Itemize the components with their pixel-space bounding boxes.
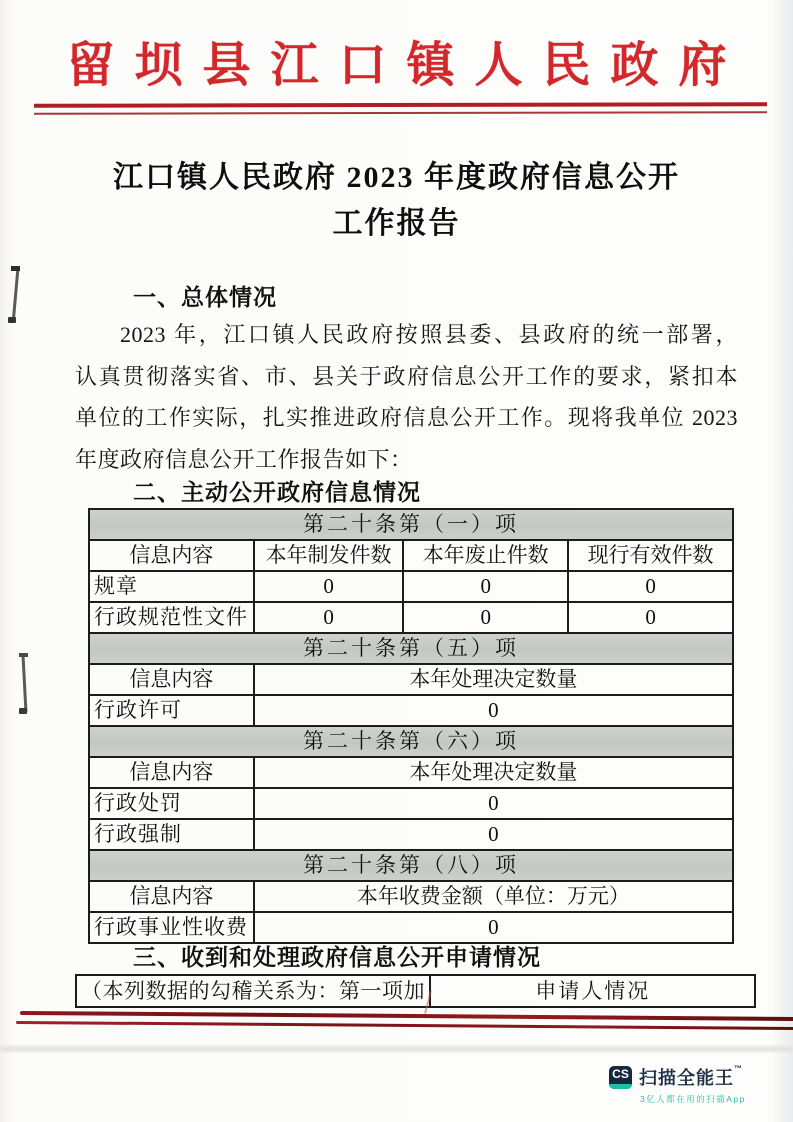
document-title: 江口镇人民政府 2023 年度政府信息公开 工作报告	[0, 155, 793, 247]
table-header-cell: 本年处理决定数量	[254, 757, 733, 788]
table-header-cell: 信息内容	[89, 881, 254, 912]
table-header-cell: 信息内容	[89, 540, 254, 571]
table-header-cell: 本年制发件数	[254, 540, 403, 571]
section2-heading: 二、主动公开政府信息情况	[75, 474, 755, 507]
letterhead-org-name: 留坝县江口镇人民政府	[0, 26, 793, 95]
table-row-label: 行政强制	[89, 819, 254, 850]
table-row: （本列数据的勾稽关系为：第一项加 申请人情况	[76, 975, 755, 1007]
table-cell-value: 0	[568, 571, 733, 602]
table-row: 行政处罚 0	[89, 788, 733, 819]
table-header-cell: 信息内容	[89, 664, 254, 695]
table-header-row: 信息内容 本年处理决定数量	[89, 664, 733, 695]
table-cell-value: 0	[568, 602, 733, 633]
table-row: 行政强制 0	[89, 819, 733, 850]
section1-paragraph: 2023 年，江口镇人民政府按照县委、县政府的统一部署， 认真贯彻落实省、市、县…	[75, 314, 738, 480]
table-cell-value: 0	[254, 819, 733, 850]
page-bottom-red-edge-line	[20, 1011, 793, 1021]
table-header-row: 信息内容 本年处理决定数量	[89, 757, 733, 788]
table-band-article20-item5: 第二十条第（五）项	[89, 633, 733, 664]
camscanner-watermark: CS 扫描全能王™ 3亿人都在用的扫描App	[609, 1064, 769, 1105]
table-cell-value: 0	[403, 571, 568, 602]
table-header-row: 信息内容 本年收费金额（单位：万元）	[89, 881, 733, 912]
camscanner-tagline: 3亿人都在用的扫描App	[640, 1093, 769, 1105]
document-title-line2: 工作报告	[0, 201, 793, 247]
table-row: 规章 0 0 0	[89, 571, 733, 602]
application-table-note: （本列数据的勾稽关系为：第一项加	[76, 975, 430, 1007]
table-cell-value: 0	[254, 788, 733, 819]
table-row: 行政许可 0	[89, 695, 733, 726]
staple-mark-top	[8, 317, 16, 323]
paragraph-line: 认真贯彻落实省、市、县关于政府信息公开工作的要求，紧扣本	[75, 356, 738, 398]
table-band-article20-item6: 第二十条第（六）项	[89, 726, 733, 757]
page-edge-shadow	[0, 1046, 793, 1052]
table-cell-value: 0	[403, 602, 568, 633]
section3-heading: 三、收到和处理政府信息公开申请情况	[75, 939, 755, 972]
table-cell-value: 0	[254, 571, 403, 602]
page-bottom-red-edge-line	[16, 1021, 793, 1030]
table-row-label: 行政处罚	[89, 788, 254, 819]
table-band-article20-item1: 第二十条第（一）项	[89, 509, 733, 540]
table-row-label: 行政规范性文件	[89, 602, 254, 633]
table-cell-value: 0	[254, 602, 403, 633]
trademark-symbol: ™	[734, 1064, 743, 1073]
table-header-row: 信息内容 本年制发件数 本年废止件数 现行有效件数	[89, 540, 733, 571]
camscanner-brand-name: 扫描全能王™	[639, 1064, 743, 1090]
paragraph-line: 单位的工作实际，扎实推进政府信息公开工作。现将我单位 2023	[75, 397, 738, 439]
staple-mark-bottom	[22, 656, 28, 712]
letterhead-rule-thick	[34, 102, 767, 108]
camscanner-logo-text: CS	[609, 1067, 632, 1081]
table-header-cell: 信息内容	[89, 757, 254, 788]
camscanner-logo-icon: CS	[609, 1066, 632, 1089]
table-row-label: 规章	[89, 571, 254, 602]
application-table-header: 申请人情况	[430, 975, 755, 1007]
letterhead-rule-thin	[34, 111, 767, 115]
table-header-cell: 本年收费金额（单位：万元）	[254, 881, 733, 912]
application-table-partial: （本列数据的勾稽关系为：第一项加 申请人情况	[75, 974, 756, 1008]
staple-mark-bottom	[19, 708, 27, 714]
table-header-cell: 本年处理决定数量	[254, 664, 733, 695]
staple-mark-top	[11, 266, 20, 271]
disclosure-statistics-table: 第二十条第（一）项 信息内容 本年制发件数 本年废止件数 现行有效件数 规章 0…	[88, 508, 734, 944]
section1-heading: 一、总体情况	[75, 279, 755, 312]
table-cell-value: 0	[254, 695, 733, 726]
table-header-cell: 现行有效件数	[568, 540, 733, 571]
staple-mark-bottom	[19, 653, 28, 657]
paragraph-line: 2023 年，江口镇人民政府按照县委、县政府的统一部署，	[75, 314, 738, 356]
document-title-line1: 江口镇人民政府 2023 年度政府信息公开	[0, 155, 793, 201]
scanned-document-page: 留坝县江口镇人民政府 江口镇人民政府 2023 年度政府信息公开 工作报告 一、…	[0, 0, 793, 1122]
staple-mark-top	[12, 270, 20, 322]
table-header-cell: 本年废止件数	[403, 540, 568, 571]
table-band-article20-item8: 第二十条第（八）项	[89, 850, 733, 881]
table-row: 行政规范性文件 0 0 0	[89, 602, 733, 633]
table-row-label: 行政许可	[89, 695, 254, 726]
